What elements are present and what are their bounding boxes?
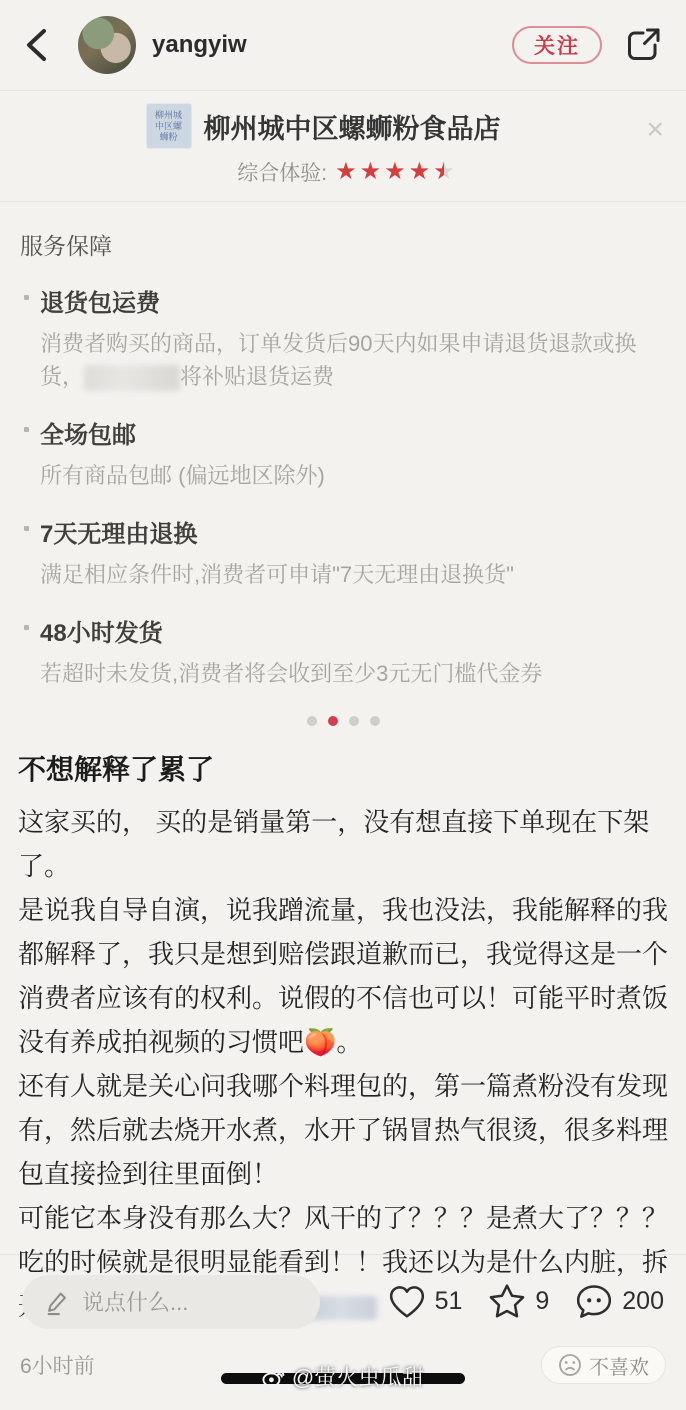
service-header: 服务保障 [20, 228, 666, 261]
service-item-title: 48小时发货 [40, 613, 666, 648]
post-content: 不想解释了累了 这家买的， 买的是销量第一，没有想直接下单现在下架了。 是说我自… [0, 726, 686, 1328]
store-logo-text: 柳州城中区螺蛳粉 [153, 110, 185, 143]
comment-input[interactable]: 说点什么... [22, 1275, 320, 1329]
bullet-icon [24, 295, 29, 300]
avatar[interactable] [78, 16, 136, 74]
pagination-dot[interactable] [307, 716, 317, 726]
rating-label: 综合体验: [237, 157, 327, 187]
comment-placeholder: 说点什么... [82, 1286, 188, 1317]
store-name: 柳州城中区螺蛳粉食品店 [204, 107, 501, 146]
pagination-dot[interactable] [370, 716, 380, 726]
star-rating: ★ ★ ★ ★ ★★ [335, 160, 455, 184]
collect-count: 9 [535, 1287, 549, 1316]
service-item-title: 7天无理由退换 [40, 514, 666, 549]
pagination-dot-active[interactable] [328, 716, 338, 726]
watermark: @萤火虫瓜甜 [262, 1361, 424, 1392]
comment-bubble-icon [575, 1283, 613, 1320]
service-item-title: 全场包邮 [40, 415, 666, 450]
home-indicator-area: @萤火虫瓜甜 [0, 1360, 686, 1396]
pagination-dot[interactable] [349, 716, 359, 726]
username: yangyiw [152, 31, 247, 59]
comment-count: 200 [622, 1287, 664, 1316]
bullet-icon [24, 526, 29, 531]
like-button[interactable]: 51 [388, 1284, 463, 1320]
chevron-left-icon [24, 28, 50, 62]
service-item-48h-shipping: 48小时发货 若超时未发货,消费者将会收到至少3元无门槛代金券 [20, 613, 666, 690]
service-item-desc: 满足相应条件时,消费者可申请"7天无理由退换货" [40, 558, 666, 591]
like-count: 51 [435, 1287, 463, 1316]
post-paragraph: 这家买的， 买的是销量第一，没有想直接下单现在下架了。 [18, 800, 668, 888]
half-star-icon: ★★ [433, 160, 455, 184]
service-guarantee-panel: 服务保障 退货包运费 消费者购买的商品，订单发货后90天内如果申请退货退款或换货… [0, 201, 686, 726]
star-icon: ★ [409, 160, 431, 184]
star-icon: ★ [384, 160, 406, 184]
store-row: 柳州城中区螺蛳粉 柳州城中区螺蛳粉食品店 [0, 103, 686, 149]
desc-text: 将补贴退货运费 [180, 364, 334, 389]
top-bar: yangyiw 关注 [0, 0, 686, 90]
service-item-return-shipping: 退货包运费 消费者购买的商品，订单发货后90天内如果申请退货退款或换货，将补贴退… [20, 283, 666, 393]
heart-icon [388, 1284, 426, 1320]
share-icon [622, 24, 664, 66]
service-item-free-shipping: 全场包邮 所有商品包邮 (偏远地区除外) [20, 415, 666, 492]
follow-button[interactable]: 关注 [512, 26, 602, 64]
star-icon: ★ [335, 160, 357, 184]
pencil-icon [44, 1288, 70, 1316]
bottom-action-bar: 说点什么... 51 9 200 [0, 1254, 686, 1348]
bullet-icon [24, 427, 29, 432]
star-icon: ★ [360, 160, 382, 184]
carousel-pagination [20, 716, 666, 726]
action-buttons: 51 9 200 [388, 1283, 664, 1320]
note-detail-page: yangyiw 关注 柳州城中区螺蛳粉 柳州城中区螺蛳粉食品店 × 综合体验: … [0, 0, 686, 1410]
store-card[interactable]: 柳州城中区螺蛳粉 柳州城中区螺蛳粉食品店 × 综合体验: ★ ★ ★ ★ ★★ [0, 90, 686, 193]
top-bar-actions: 关注 [512, 24, 664, 66]
close-store-card-button[interactable]: × [646, 115, 664, 145]
star-outline-icon [488, 1283, 526, 1320]
weibo-icon [262, 1366, 286, 1388]
rating-row: 综合体验: ★ ★ ★ ★ ★★ [0, 157, 686, 187]
post-paragraph: 是说我自导自演，说我蹭流量，我也没法，我能解释的我都解释了，我只是想到赔偿跟道歉… [18, 888, 668, 1064]
post-title: 不想解释了累了 [18, 748, 668, 788]
share-button[interactable] [622, 24, 664, 66]
watermark-text: @萤火虫瓜甜 [292, 1361, 424, 1392]
store-logo: 柳州城中区螺蛳粉 [146, 103, 192, 149]
bullet-icon [24, 625, 29, 630]
post-paragraph: 还有人就是关心问我哪个料理包的，第一篇煮粉没有发现有，然后就去烧开水煮，水开了锅… [18, 1064, 668, 1196]
service-item-7day-return: 7天无理由退换 满足相应条件时,消费者可申请"7天无理由退换货" [20, 514, 666, 591]
service-item-desc: 所有商品包邮 (偏远地区除外) [40, 459, 666, 492]
service-item-desc: 若超时未发货,消费者将会收到至少3元无门槛代金券 [40, 657, 666, 690]
redacted-text [84, 365, 180, 391]
service-item-desc: 消费者购买的商品，订单发货后90天内如果申请退货退款或换货，将补贴退货运费 [40, 327, 666, 393]
collect-button[interactable]: 9 [488, 1283, 549, 1320]
comments-button[interactable]: 200 [575, 1283, 664, 1320]
service-item-title: 退货包运费 [40, 283, 666, 318]
back-button[interactable] [22, 30, 52, 60]
